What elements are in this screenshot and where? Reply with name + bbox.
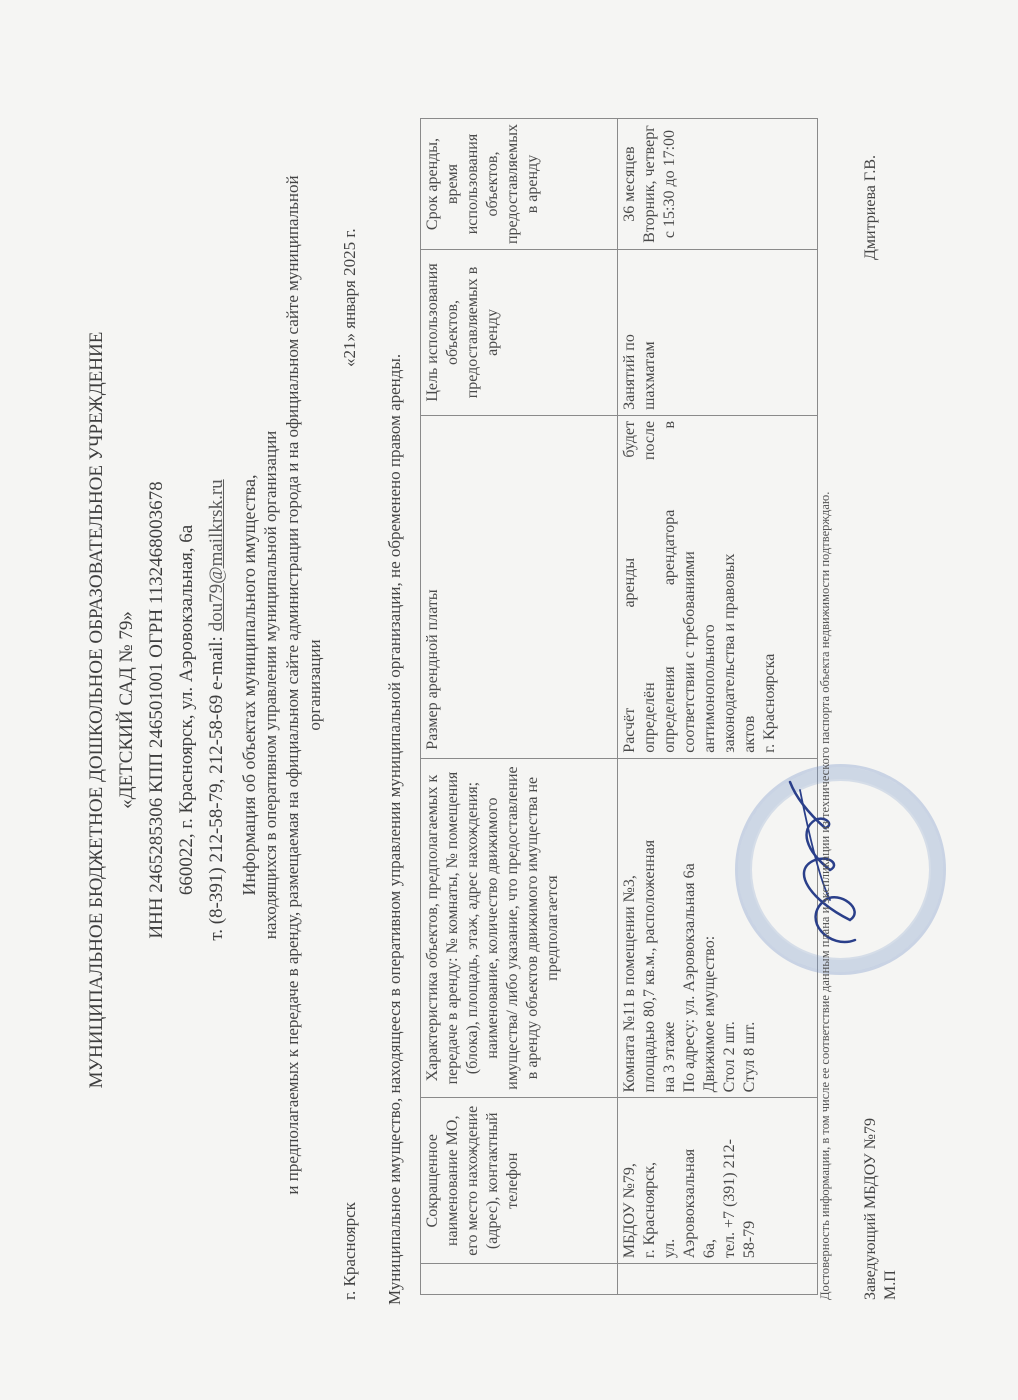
org-line: г. Красноярск,	[640, 1103, 660, 1258]
org-name: МУНИЦИПАЛЬНОЕ БЮДЖЕТНОЕ ДОШКОЛЬНОЕ ОБРАЗ…	[82, 200, 112, 1220]
term-line: с 15:30 до 17:00	[660, 124, 680, 244]
org-phone: т. (8-391) 212-58-79, 212-58-69 e-mail:	[206, 631, 227, 940]
intro-text: Муниципальное имущество, находящееся в о…	[385, 354, 405, 1305]
cell-organization: МБДОУ №79, г. Красноярск, ул. Аэровокзал…	[618, 1098, 818, 1264]
seal-place-label: М.П	[882, 1270, 900, 1300]
document-subtitle-line-3: и предполагаемых к передаче в аренду, ра…	[282, 70, 304, 1300]
reliability-note: Достоверность информации, в том числе ее…	[818, 492, 833, 1300]
document-heading: Информация об объектах муниципального им…	[238, 70, 326, 1300]
document-subtitle-line-2: находящихся в оперативном управлении мун…	[260, 70, 282, 1300]
rent-line: Расчёт аренды будет	[620, 421, 640, 753]
header-object-characteristics: Характеристика объектов, предполагаемых …	[421, 758, 618, 1098]
table-row: МБДОУ №79, г. Красноярск, ул. Аэровокзал…	[618, 119, 818, 1295]
cell-rent-amount: Расчёт аренды будет определён после опре…	[618, 415, 818, 758]
document-page: МУНИЦИПАЛЬНОЕ БЮДЖЕТНОЕ ДОШКОЛЬНОЕ ОБРАЗ…	[0, 0, 1018, 1400]
object-line: Движимое имущество:	[700, 764, 720, 1093]
rent-line: законодательства и правовых	[720, 421, 740, 753]
org-short-name: «ДЕТСКИЙ САД № 79»	[112, 200, 142, 1220]
letterhead: МУНИЦИПАЛЬНОЕ БЮДЖЕТНОЕ ДОШКОЛЬНОЕ ОБРАЗ…	[82, 200, 232, 1220]
header-purpose: Цель использования объектов, предоставля…	[421, 250, 618, 416]
object-line: площадью 80,7 кв.м., расположенная	[640, 764, 660, 1093]
org-email-link[interactable]: dou79@mailkrsk.ru	[206, 479, 227, 631]
org-contacts: т. (8-391) 212-58-79, 212-58-69 e-mail: …	[202, 200, 232, 1220]
org-line: тел. +7 (391) 212-	[720, 1103, 740, 1258]
object-line: Стол 2 шт.	[720, 764, 740, 1093]
org-requisites: ИНН 2465285306 КПП 246501001 ОГРН 113246…	[142, 200, 172, 1220]
header-rent-amount: Размер арендной платы	[421, 415, 618, 758]
object-line: Комната №11 в помещении №3,	[620, 764, 640, 1093]
document-title: Информация об объектах муниципального им…	[238, 70, 260, 1300]
object-line: на 3 этаже	[660, 764, 680, 1093]
org-line: Аэровокзальная	[680, 1103, 700, 1258]
rent-line: определения арендатора в	[660, 421, 680, 753]
org-line: МБДОУ №79,	[620, 1103, 640, 1258]
rent-line: соответствии с требованиями	[680, 421, 700, 753]
city: г. Красноярск	[340, 1202, 360, 1300]
rent-line: определён после	[640, 421, 660, 753]
org-line: 58-79	[740, 1103, 760, 1258]
org-line: 6а,	[700, 1103, 720, 1258]
cell-index	[618, 1264, 818, 1295]
signer-name: Дмитриева Г.В.	[862, 155, 880, 260]
cell-term: 36 месяцев Вторник, четверг с 15:30 до 1…	[618, 119, 818, 250]
property-table: Сокращенное наименование МО, его место н…	[420, 118, 818, 1295]
document-date: «21» января 2025 г.	[340, 228, 360, 367]
object-line: По адресу: ул. Аэровокзальная 6а	[680, 764, 700, 1093]
table-header-row: Сокращенное наименование МО, его место н…	[421, 119, 618, 1295]
header-index	[421, 1264, 618, 1295]
rent-line: антимонопольного	[700, 421, 720, 753]
document-subtitle-line-4: организации	[304, 70, 326, 1300]
purpose-line: Занятий по	[620, 255, 640, 410]
header-term: Срок аренды, время использования объекто…	[421, 119, 618, 250]
term-line: 36 месяцев	[620, 124, 640, 244]
term-line: Вторник, четверг	[640, 124, 660, 244]
header-organization: Сокращенное наименование МО, его место н…	[421, 1098, 618, 1264]
org-address: 660022, г. Красноярск, ул. Аэровокзальна…	[172, 200, 202, 1220]
purpose-line: шахматам	[640, 255, 660, 410]
cell-purpose: Занятий по шахматам	[618, 250, 818, 416]
signer-role: Заведующий МБДОУ №79	[862, 1118, 880, 1300]
rent-line: г. Красноярска	[760, 421, 780, 753]
rent-line: актов	[740, 421, 760, 753]
org-line: ул.	[660, 1103, 680, 1258]
